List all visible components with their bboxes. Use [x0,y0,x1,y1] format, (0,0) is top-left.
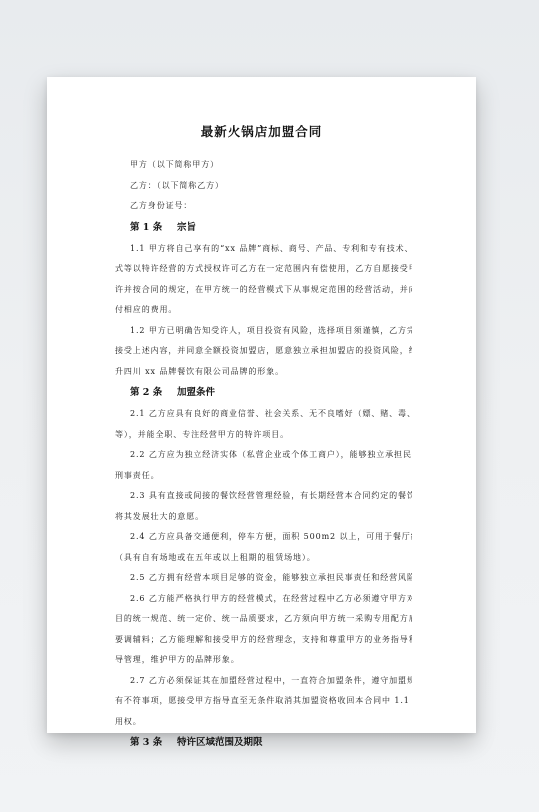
text-line: 导管理，维护甲方的品牌形象。 [115,650,412,671]
text-line: 1.2 甲方已明确告知受许人，项目投资有风险，选择项目须谨慎，乙方完全同意 [115,321,412,342]
document-body: 甲方（以下简称甲方） 乙方：（以下简称乙方） 乙方身份证号： 第 1 条宗旨 1… [115,155,412,754]
section-title: 加盟条件 [177,387,215,398]
party-b-id-line: 乙方身份证号： [115,196,412,217]
section-number: 第 1 条 [130,217,177,239]
section-title: 宗旨 [177,222,196,233]
text-line: 2.1 乙方应具有良好的商业信誉、社会关系、无不良嗜好（嫖、赌、毒、酗酒 [115,404,412,425]
paragraph-2-6: 2.6 乙方能严格执行甲方的经营模式，在经营过程中乙方必须遵守甲方对经营项 目的… [115,589,412,671]
text-line: （具有自有场地或在五年或以上租期的租赁场地）。 [115,548,412,569]
party-a-line: 甲方（以下简称甲方） [115,155,412,176]
section-heading-1: 第 1 条宗旨 [115,217,412,239]
paragraph-2-4: 2.4 乙方应具备交通便利，停车方便，面积 500m2 以上，可用于餐厅经营的场… [115,527,412,568]
paragraph-1-2: 1.2 甲方已明确告知受许人，项目投资有风险，选择项目须谨慎，乙方完全同意 接受… [115,321,412,383]
text-line: 目的统一规范、统一定价、统一品质要求，乙方须向甲方统一采购专用配方底料及主 [115,609,412,630]
section-title: 特许区域范围及期限 [177,737,263,748]
text-line: 2.3 具有直接或间接的餐饮经营管理经验，有长期经营本合同约定的餐饮事业并 [115,486,412,507]
section-heading-3: 第 3 条特许区域范围及期限 [115,732,412,754]
text-line: 接受上述内容，并同意全额投资加盟店，愿意独立承担加盟店的投资风险，维护并提 [115,341,412,362]
text-line: 刑事责任。 [115,466,412,487]
paragraph-2-2: 2.2 乙方应为独立经济实体（私营企业或个体工商户），能够独立承担民事责任和 刑… [115,445,412,486]
section-heading-2: 第 2 条加盟条件 [115,382,412,404]
text-line: 2.2 乙方应为独立经济实体（私营企业或个体工商户），能够独立承担民事责任和 [115,445,412,466]
document-page: 最新火锅店加盟合同 甲方（以下简称甲方） 乙方：（以下简称乙方） 乙方身份证号：… [47,77,476,733]
party-b-line: 乙方：（以下简称乙方） [115,176,412,197]
paragraph-2-5: 2.5 乙方拥有经营本项目足够的资金，能够独立承担民事责任和经营风险。 [115,568,412,589]
document-title: 最新火锅店加盟合同 [47,122,476,140]
paragraph-2-1: 2.1 乙方应具有良好的商业信誉、社会关系、无不良嗜好（嫖、赌、毒、酗酒 等），… [115,404,412,445]
text-line: 2.7 乙方必须保证其在加盟经营过程中，一直符合加盟条件，遵守加盟规则，如 [115,671,412,692]
text-line: 式等以特许经营的方式授权许可乙方在一定范围内有偿使用，乙方自愿接受甲方的特 [115,259,412,280]
paragraph-1-1: 1.1 甲方将自己享有的“xx 品牌”商标、商号、产品、专利和专有技术、经营模 … [115,239,412,321]
text-line: 升四川 xx 品牌餐饮有限公司品牌的形象。 [115,362,412,383]
text-line: 付相应的费用。 [115,300,412,321]
text-line: 2.4 乙方应具备交通便利，停车方便，面积 500m2 以上，可用于餐厅经营的场… [115,527,412,548]
text-line: 2.6 乙方能严格执行甲方的经营模式，在经营过程中乙方必须遵守甲方对经营项 [115,589,412,610]
text-line: 要调辅料；乙方能理解和接受甲方的经营理念，支持和尊重甲方的业务指导和经营督 [115,630,412,651]
paragraph-2-3: 2.3 具有直接或间接的餐饮经营管理经验，有长期经营本合同约定的餐饮事业并 将其… [115,486,412,527]
text-line: 用权。 [115,712,412,733]
text-line: 等），并能全职、专注经营甲方的特许项目。 [115,425,412,446]
section-number: 第 3 条 [130,732,177,754]
text-line: 2.5 乙方拥有经营本项目足够的资金，能够独立承担民事责任和经营风险。 [115,568,412,589]
section-number: 第 2 条 [130,382,177,404]
text-line: 1.1 甲方将自己享有的“xx 品牌”商标、商号、产品、专利和专有技术、经营模 [115,239,412,260]
text-line: 有不符事项，愿接受甲方指导直至无条件取消其加盟资格收回本合同中 1.1 所述的使 [115,691,412,712]
text-line: 将其发展壮大的意愿。 [115,507,412,528]
text-line: 许并按合同的规定，在甲方统一的经营模式下从事规定范围的经营活动，并向甲方支 [115,280,412,301]
paragraph-2-7: 2.7 乙方必须保证其在加盟经营过程中，一直符合加盟条件，遵守加盟规则，如 有不… [115,671,412,733]
